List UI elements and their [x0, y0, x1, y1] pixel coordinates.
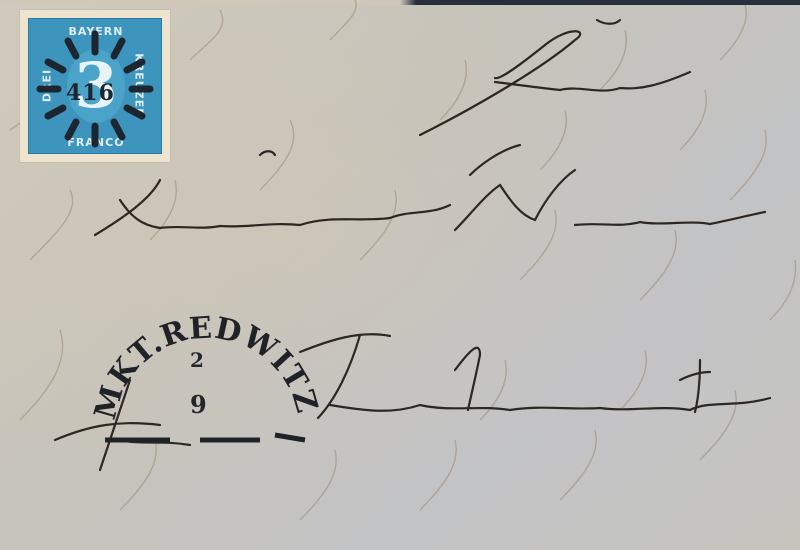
postmark-day: 2	[190, 348, 204, 372]
handwritten-address: MKT.REDWITZ	[0, 0, 800, 550]
postmark-month: 9	[190, 390, 207, 419]
